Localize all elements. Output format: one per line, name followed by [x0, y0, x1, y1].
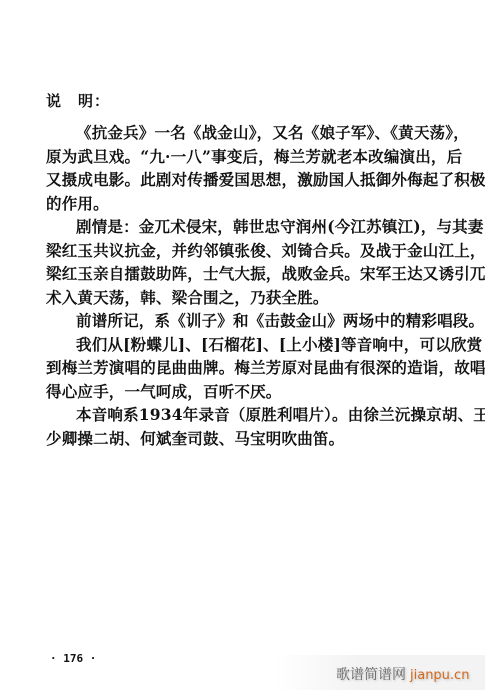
text-line: 前谱所记，系《训子》和《击鼓金山》两场中的精彩唱段。 — [46, 309, 432, 333]
text-line: 《抗金兵》一名《战金山》，又名《娘子军》、《黄天荡》， — [46, 121, 432, 145]
text-line: 本音响系1934年录音（原胜利唱片）。由徐兰沅操京胡、王 — [46, 403, 432, 427]
watermark-domain: jianpu.cn — [410, 668, 469, 683]
text-line: 到梅兰芳演唱的昆曲曲牌。梅兰芳原对昆曲有很深的造诣，故唱来 — [46, 356, 432, 380]
body-text: 《抗金兵》一名《战金山》，又名《娘子军》、《黄天荡》， 原为武旦戏。“九·一八”… — [46, 121, 432, 450]
text-line: 术入黄天荡，韩、梁合围之，乃获全胜。 — [46, 286, 432, 310]
page-title: 说 明： — [46, 90, 110, 111]
text-line: 梁红玉共议抗金，并约邻镇张俊、刘锜合兵。及战于金山江上， — [46, 239, 432, 263]
text-line: 得心应手，一气呵成，百听不厌。 — [46, 380, 432, 404]
watermark: 歌谱简谱网jianpu.cn — [336, 664, 469, 684]
text-line: 我们从[粉蝶儿]、[石榴花]、[上小楼]等音响中，可以欣赏 — [46, 333, 432, 357]
watermark-site-name: 歌谱简谱网 — [336, 667, 406, 683]
page-number: · 176 · — [50, 652, 96, 665]
text-line: 原为武旦戏。“九·一八”事变后，梅兰芳就老本改编演出，后 — [46, 145, 432, 169]
text-line: 剧情是：金兀术侵宋，韩世忠守润州(今江苏镇江)，与其妻 — [46, 215, 432, 239]
text-line: 又摄成电影。此剧对传播爱国思想，激励国人抵御外侮起了积极 — [46, 168, 432, 192]
text-line: 少卿操二胡、何斌奎司鼓、马宝明吹曲笛。 — [46, 427, 432, 451]
text-line: 梁红玉亲自擂鼓助阵，士气大振，战败金兵。宋军王达又诱引兀 — [46, 262, 432, 286]
text-line: 的作用。 — [46, 192, 432, 216]
